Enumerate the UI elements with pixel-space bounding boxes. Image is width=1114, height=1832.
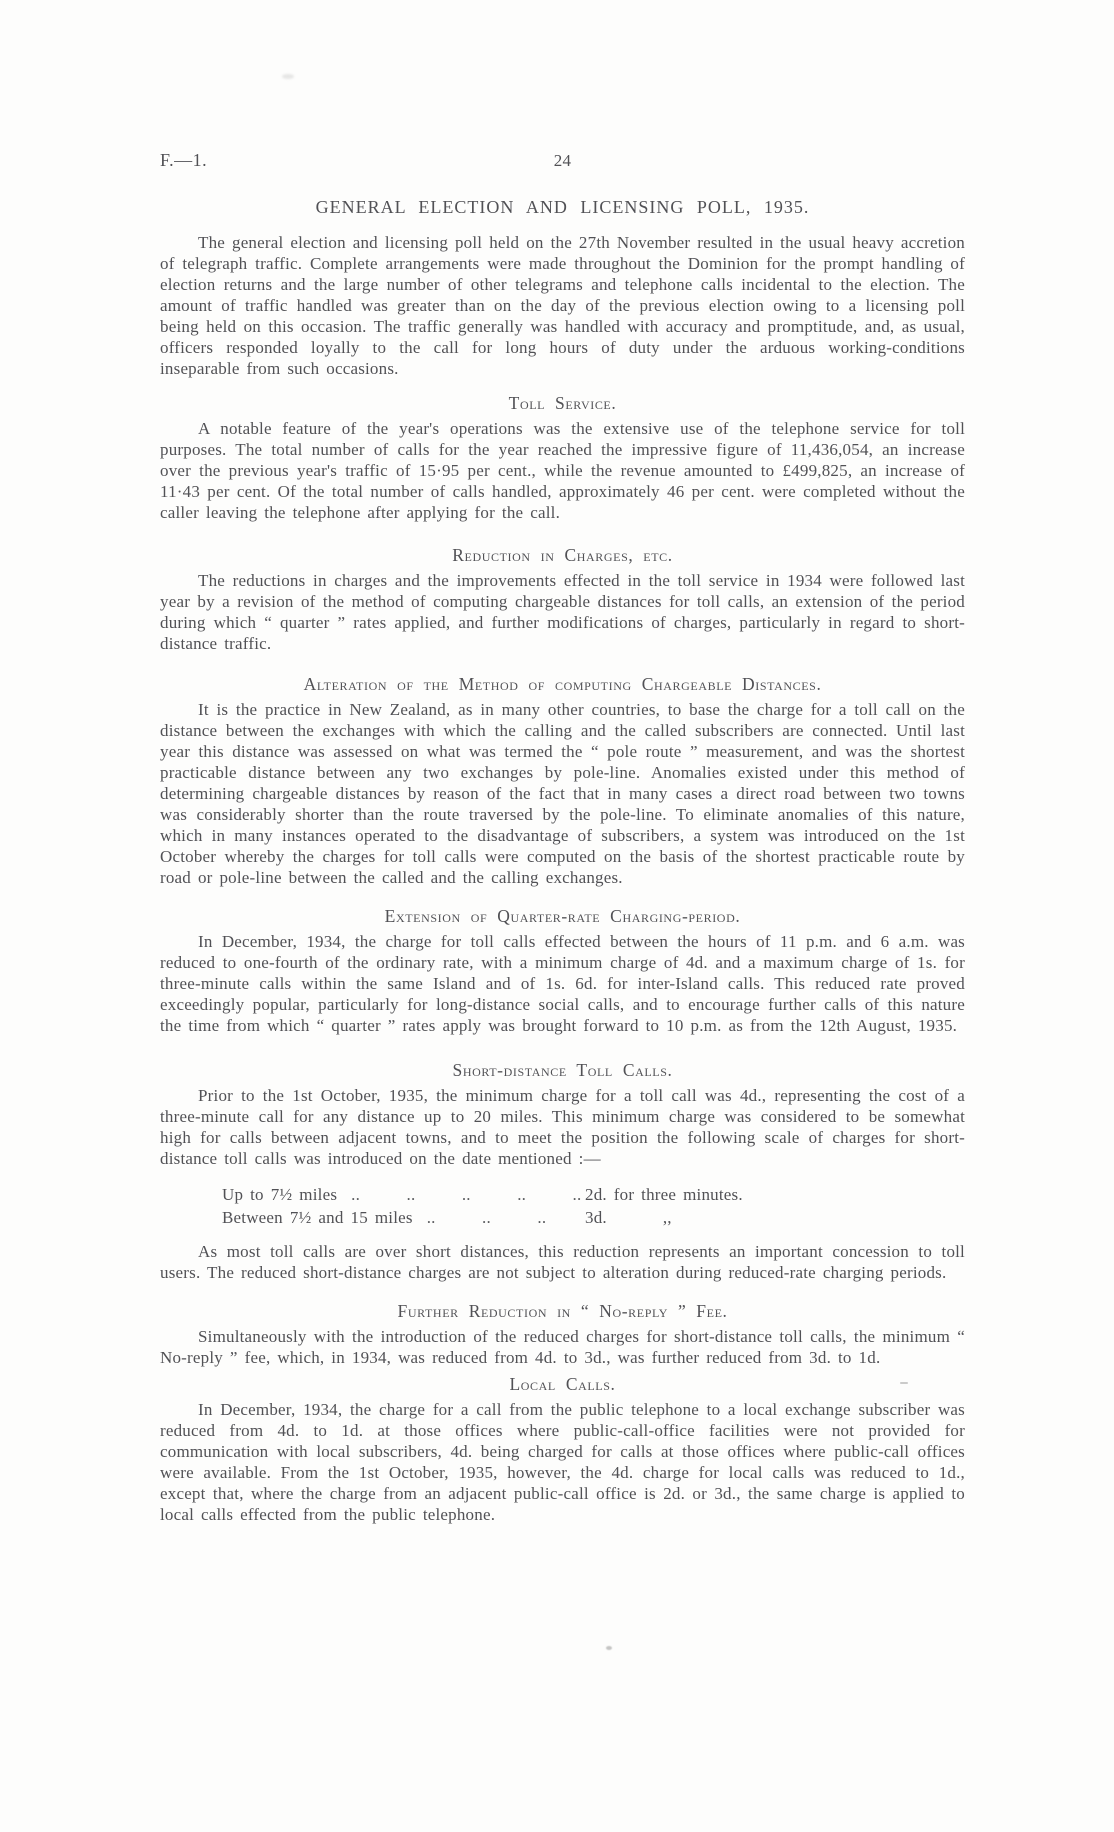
document-page: F.—1. 24 GENERAL ELECTION AND LICENSING …	[0, 0, 1114, 1832]
rate-row-between-7-and-15-miles: Between 7½ and 15 miles .. .. .. .. 3d.,…	[222, 1206, 965, 1229]
toll-service-paragraph: A notable feature of the year's operatio…	[160, 418, 965, 523]
page-header: F.—1. 24	[160, 150, 965, 171]
rate-row-up-to-7-miles: Up to 7½ miles .. .. .. .. .. 2d. for th…	[222, 1183, 965, 1206]
dot-leader: .. .. .. .. ..	[337, 1183, 585, 1206]
alteration-paragraph: It is the practice in New Zealand, as in…	[160, 699, 965, 888]
local-calls-paragraph: In December, 1934, the charge for a call…	[160, 1399, 965, 1525]
dot-leader: .. .. .. ..	[413, 1206, 585, 1229]
rate-table: Up to 7½ miles .. .. .. .. .. 2d. for th…	[222, 1183, 965, 1229]
short-distance-concession-paragraph: As most toll calls are over short distan…	[160, 1241, 965, 1283]
reduction-in-charges-paragraph: The reductions in charges and the improv…	[160, 570, 965, 654]
no-reply-paragraph: Simultaneously with the introduction of …	[160, 1326, 965, 1368]
heading-no-reply-fee: Further Reduction in “ No-reply ” Fee.	[160, 1301, 965, 1322]
rate-label: Between 7½ and 15 miles	[222, 1206, 413, 1229]
heading-short-distance: Short-distance Toll Calls.	[160, 1060, 965, 1081]
page-number: 24	[160, 150, 965, 171]
short-distance-paragraph: Prior to the 1st October, 1935, the mini…	[160, 1085, 965, 1169]
scan-smudge-artifact	[282, 74, 294, 79]
text-block: F.—1. 24 GENERAL ELECTION AND LICENSING …	[160, 150, 965, 1525]
ditto-mark: ,,	[663, 1206, 672, 1229]
intro-paragraph: The general election and licensing poll …	[160, 232, 965, 379]
document-title: GENERAL ELECTION AND LICENSING POLL, 193…	[160, 197, 965, 218]
heading-alteration-method: Alteration of the Method of computing Ch…	[160, 674, 965, 695]
rate-charge-value: 3d.	[585, 1208, 607, 1227]
heading-local-calls: Local Calls.	[160, 1374, 965, 1395]
heading-extension-quarter-rate: Extension of Quarter-rate Charging-perio…	[160, 906, 965, 927]
rate-label: Up to 7½ miles	[222, 1183, 337, 1206]
extension-paragraph: In December, 1934, the charge for toll c…	[160, 931, 965, 1036]
document-reference: F.—1.	[160, 150, 207, 171]
rate-charge: 2d. for three minutes.	[585, 1183, 965, 1206]
rate-charge: 3d.,,	[585, 1206, 965, 1229]
heading-reduction-in-charges: Reduction in Charges, etc.	[160, 545, 965, 566]
scan-dot-artifact	[606, 1646, 612, 1650]
heading-toll-service: Toll Service.	[160, 393, 965, 414]
